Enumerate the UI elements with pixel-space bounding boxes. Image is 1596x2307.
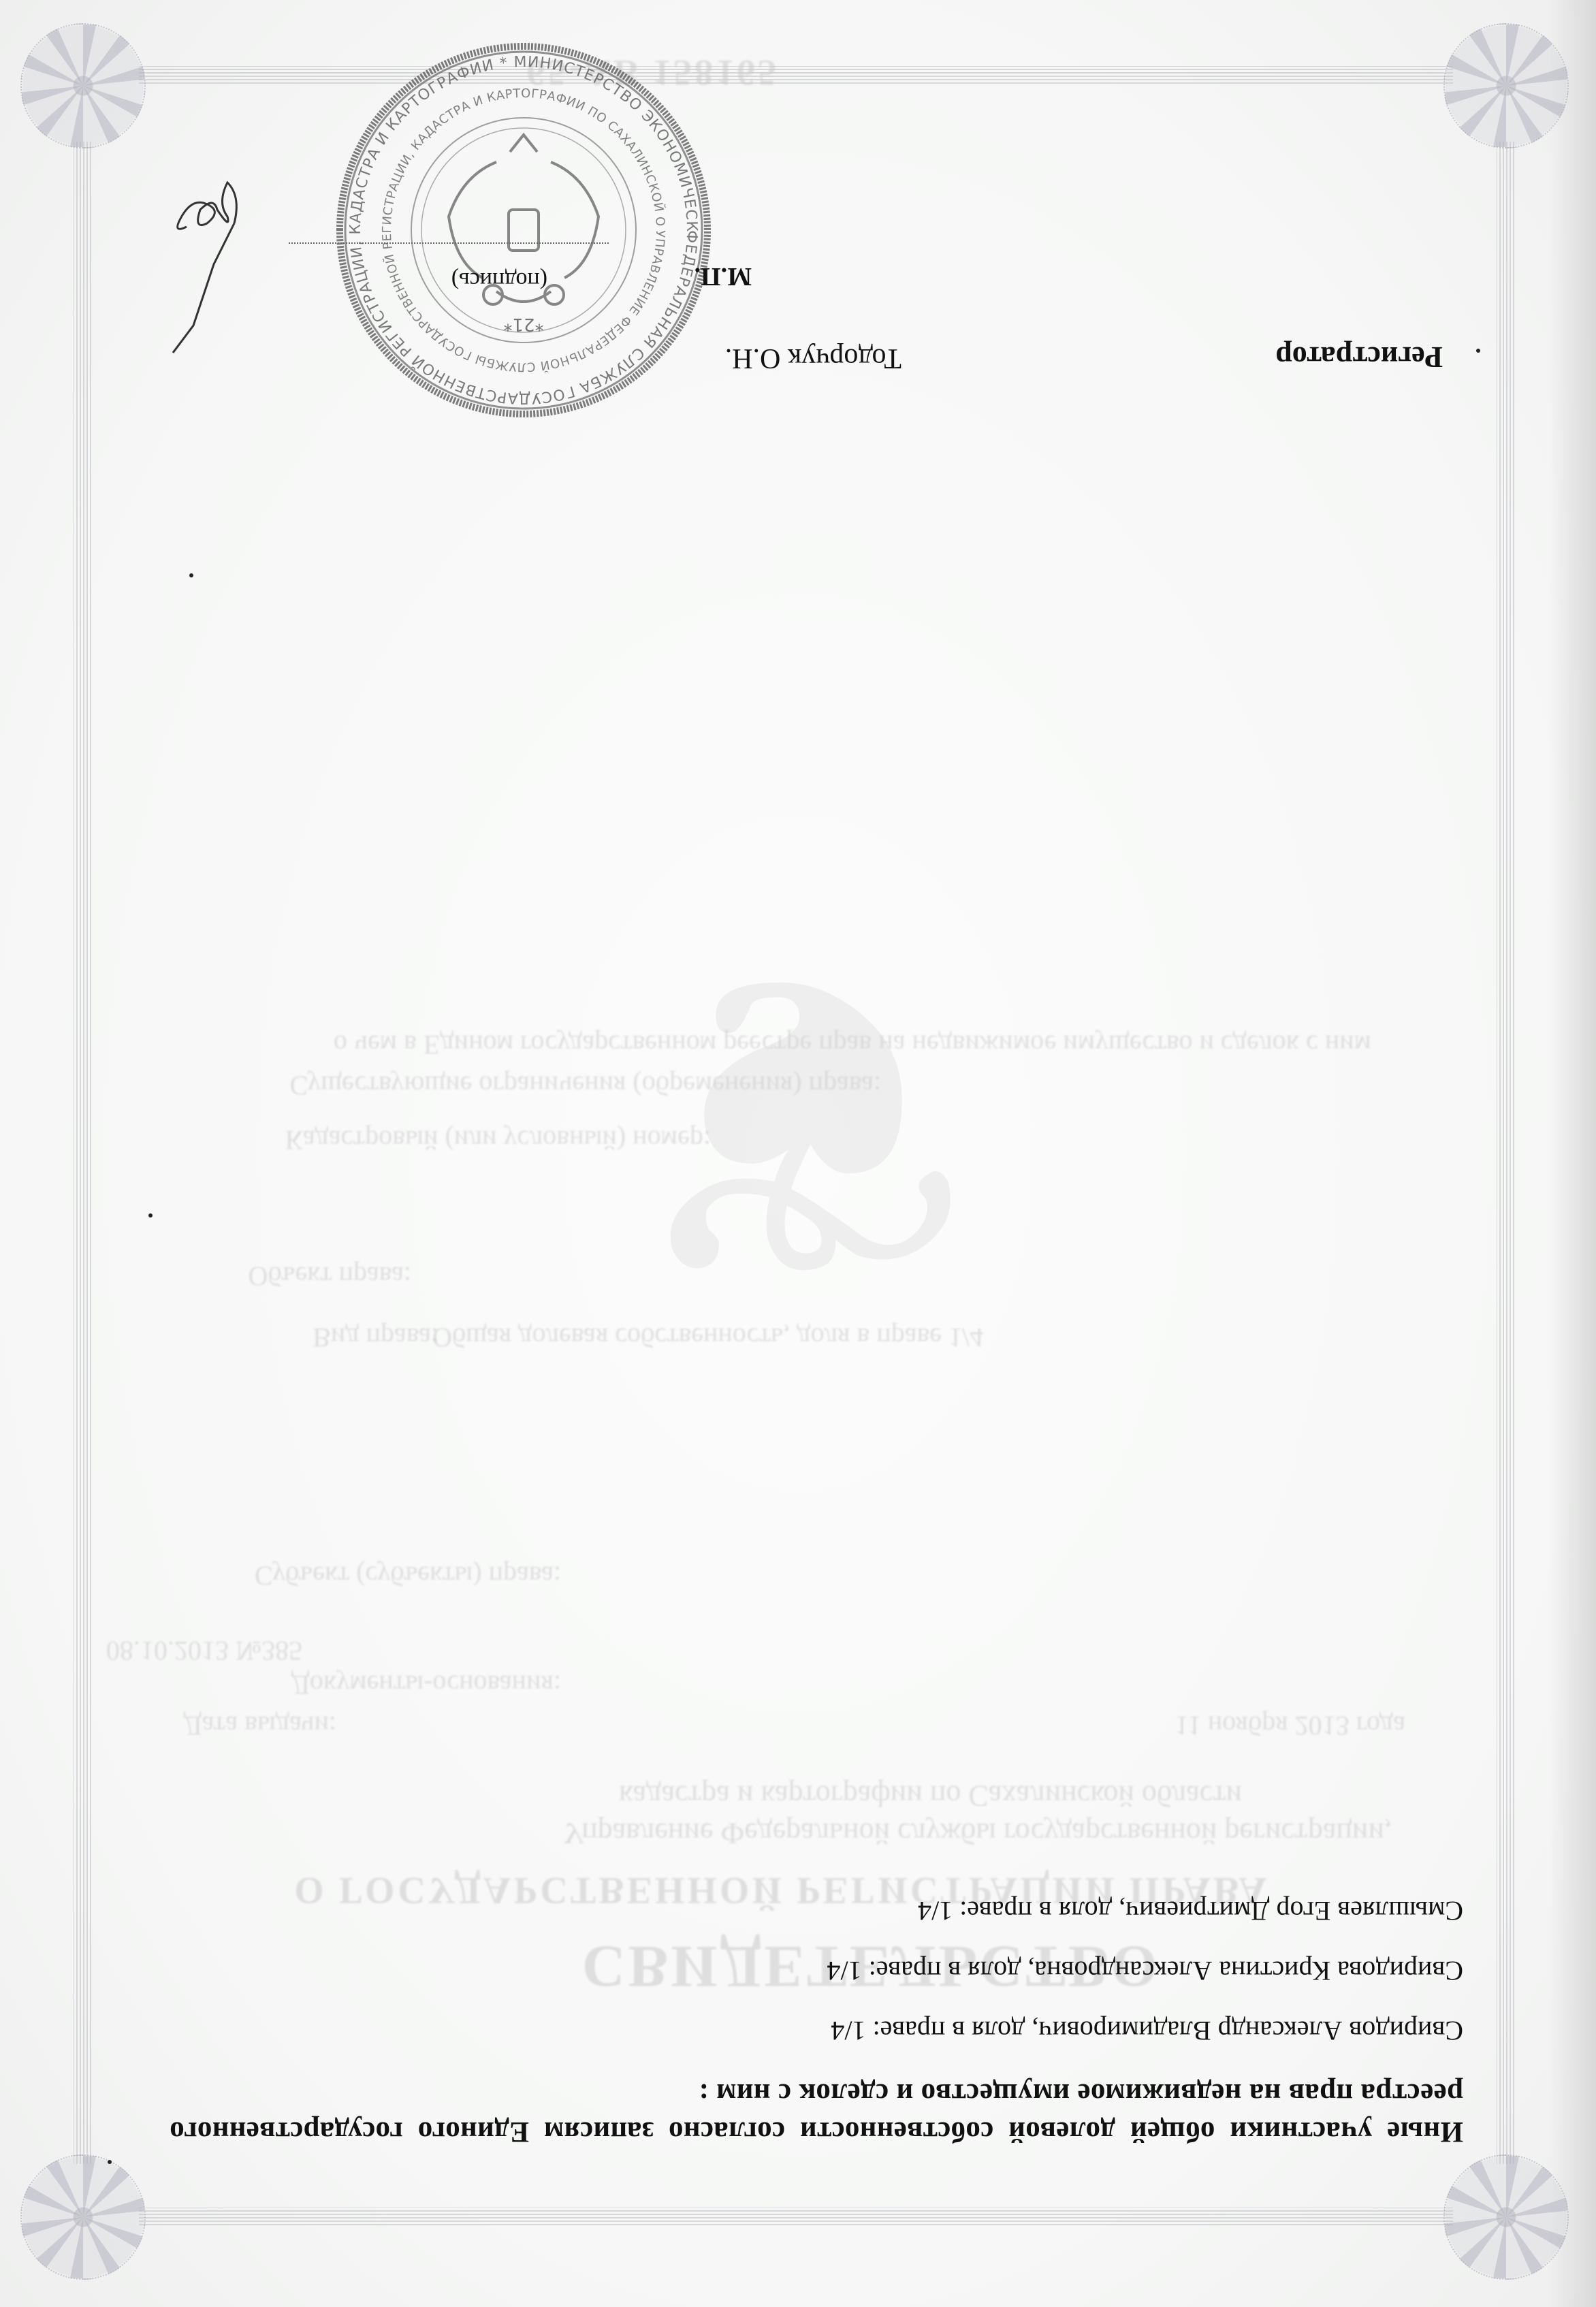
bleed-record-text: о чем в Едином государственном реестре п… — [334, 1029, 1371, 1061]
owner-name: Свиридов Александр Владимирович — [1038, 2016, 1463, 2046]
scan-speck — [108, 2160, 112, 2164]
scan-speck — [1476, 349, 1480, 353]
signature-caption: (подпись) — [451, 267, 547, 293]
frame-left-border — [1497, 142, 1514, 2164]
share-value: 1/4 — [831, 2016, 865, 2046]
bleed-date-label: Дата выдачи: — [183, 1710, 336, 1742]
owner-name: Свиридова Кристина Александровна — [1034, 1956, 1463, 1986]
seal-place-label: М.П. — [695, 261, 752, 291]
co-owners-heading: Иные участники общей долевой собственнос… — [170, 2074, 1463, 2150]
owner-name: Смышляев Егор Дмитриевич — [1126, 1896, 1463, 1926]
registrar-name: Тодорчук О.Н. — [725, 342, 901, 375]
bleed-encumbrances-label: Существующие ограничения (обременения) п… — [290, 1070, 881, 1102]
handwritten-signature-icon — [125, 169, 302, 366]
owner-entry: Смышляев Егор Дмитриевич,доля в праве: 1… — [142, 1894, 1463, 1927]
bleed-issuer-line1: Управление Федеральной службы государств… — [563, 1816, 1392, 1851]
bleed-issuer-line2: кадастра и картографии по Сахалинской об… — [619, 1779, 1242, 1813]
frame-right-border — [74, 142, 91, 2164]
bleed-object-label: Объект права: — [249, 1260, 411, 1292]
frame-top-border — [139, 2208, 1453, 2225]
share-value: 1/4 — [827, 1956, 862, 1986]
official-seal-stamp-icon: ФЕДЕРАЛЬНАЯ СЛУЖБА ГОСУДАРСТВЕННОЙ РЕГИС… — [333, 39, 714, 421]
share-label: доля в праве: — [873, 2016, 1025, 2046]
svg-text:*21*: *21* — [503, 314, 543, 334]
bleed-right-label: Вид права: — [313, 1322, 438, 1354]
owner-entry: Свиридова Кристина Александровна,доля в … — [142, 1954, 1463, 1987]
bleed-date-value: 11 ноября 2013 года — [1175, 1710, 1405, 1742]
corner-rosette-icon — [1443, 2154, 1569, 2280]
co-owners-section: Иные участники общей долевой собственнос… — [142, 1894, 1463, 2150]
bleed-right-value: Общая долевая собственность, доля в прав… — [432, 1322, 983, 1354]
share-label: доля в праве: — [869, 1956, 1021, 1986]
scan-shadow — [1548, 0, 1596, 2307]
scan-speck — [148, 1213, 153, 1218]
registrar-label: Регистратор — [1275, 340, 1443, 375]
share-label: доля в праве: — [959, 1896, 1112, 1926]
owner-entry: Свиридов Александр Владимирович,доля в п… — [142, 2014, 1463, 2047]
corner-rosette-icon — [20, 23, 146, 148]
signature-line — [289, 242, 609, 244]
bleed-cadastral-label: Кадастровый (или условный) номер: — [285, 1124, 711, 1156]
corner-rosette-icon — [1443, 23, 1569, 148]
bleed-basis-label: Документы-основания: — [291, 1669, 561, 1701]
corner-rosette-icon — [20, 2154, 146, 2280]
scan-speck — [189, 573, 193, 577]
share-value: 1/4 — [918, 1896, 953, 1926]
bleed-subject-label: Субъект (субъекты) права: — [255, 1560, 561, 1592]
bleed-basis-date: 08.10.2013 №385 — [106, 1635, 302, 1667]
scanned-certificate-page: ❦ СВИДЕТЕЛЬСТВО О ГОСУДАРСТВЕННОЙ РЕГИСТ… — [0, 0, 1596, 2307]
